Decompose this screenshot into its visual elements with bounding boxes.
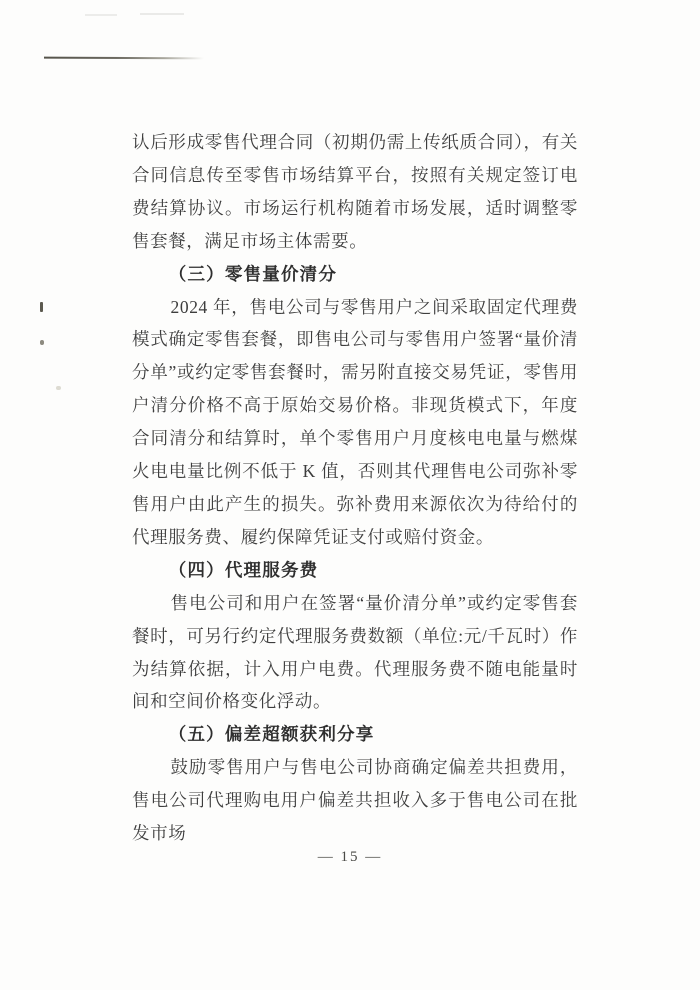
section-heading-retail-price-splitting: （三）零售量价清分 <box>132 258 578 291</box>
scan-artifact-speck <box>56 386 61 390</box>
section-heading-agency-service-fee: （四）代理服务费 <box>132 554 578 587</box>
section-body-agency-service-fee: 售电公司和用户在签署“量价清分单”或约定零售套餐时，可另行约定代理服务费数额（单… <box>132 587 578 719</box>
section-body-deviation-profit-sharing: 鼓励零售用户与售电公司协商确定偏差共担费用，售电公司代理购电用户偏差共担收入多于… <box>132 751 578 850</box>
section-heading-deviation-profit-sharing: （五）偏差超额获利分享 <box>132 718 578 751</box>
section-body-retail-price-splitting: 2024 年，售电公司与零售用户之间采取固定代理费模式确定零售套餐，即售电公司与… <box>132 291 578 554</box>
document-body: 认后形成零售代理合同（初期仍需上传纸质合同），有关合同信息传至零售市场结算平台，… <box>132 126 578 850</box>
page-number: — 15 — <box>0 849 700 866</box>
paragraph-continuation: 认后形成零售代理合同（初期仍需上传纸质合同），有关合同信息传至零售市场结算平台，… <box>132 126 578 258</box>
scan-artifact-speck <box>40 340 44 345</box>
scan-artifact-line <box>44 57 204 60</box>
scanned-document-page: 认后形成零售代理合同（初期仍需上传纸质合同），有关合同信息传至零售市场结算平台，… <box>0 0 700 990</box>
scan-artifact-smudge <box>140 13 184 15</box>
scan-artifact-smudge <box>85 14 117 16</box>
scan-artifact-speck <box>40 302 43 312</box>
